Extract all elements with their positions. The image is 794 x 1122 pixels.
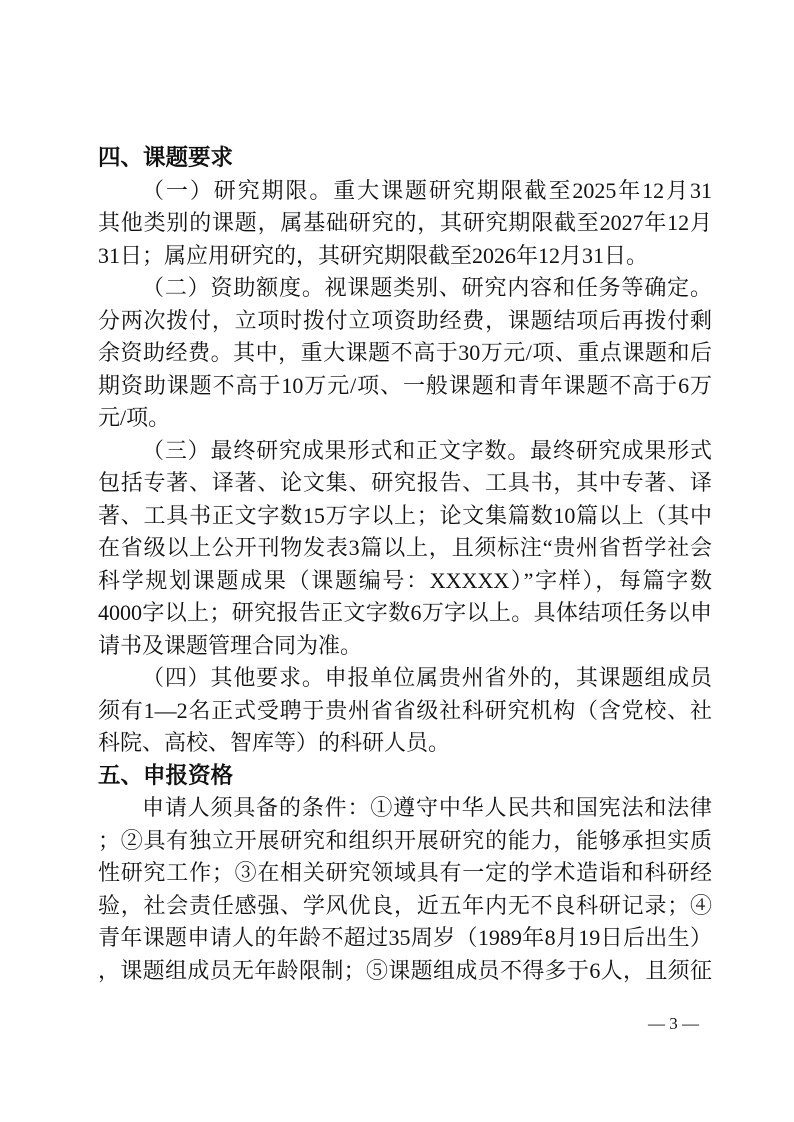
- page-number: — 3 —: [648, 1015, 699, 1033]
- text-line: ；②具有独立开展研究和组织开展研究的能力，能够承担实质: [98, 825, 712, 858]
- text-line: （三）最终研究成果形式和正文字数。最终研究成果形式: [98, 435, 712, 468]
- text-line: 分两次拨付，立项时拨付立项资助经费，课题结项后再拨付剩: [98, 305, 712, 338]
- text-line: 申请人须具备的条件：①遵守中华人民共和国宪法和法律: [98, 792, 712, 825]
- document-body: 四、课题要求（一）研究期限。重大课题研究期限截至2025年12月31日。其他类别…: [98, 142, 712, 987]
- text-line: 验，社会责任感强、学风优良，近五年内无不良科研记录；④: [98, 890, 712, 923]
- text-line: 著、工具书正文字数15万字以上；论文集篇数10篇以上（其中: [98, 500, 712, 533]
- text-line: 期资助课题不高于10万元/项、一般课题和青年课题不高于6万: [98, 370, 712, 403]
- document-page: 四、课题要求（一）研究期限。重大课题研究期限截至2025年12月31日。其他类别…: [0, 0, 794, 1122]
- text-line: （二）资助额度。视课题类别、研究内容和任务等确定。: [98, 272, 712, 305]
- section-heading: 五、申报资格: [98, 760, 712, 793]
- text-line: （四）其他要求。申报单位属贵州省外的，其课题组成员: [98, 662, 712, 695]
- text-line: 余资助经费。其中，重大课题不高于30万元/项、重点课题和后: [98, 337, 712, 370]
- page-number-text: — 3 —: [648, 1014, 699, 1033]
- text-line: 青年课题申请人的年龄不超过35周岁（1989年8月19日后出生）: [98, 922, 712, 955]
- text-line: 包括专著、译著、论文集、研究报告、工具书，其中专著、译: [98, 467, 712, 500]
- text-line: ，课题组成员无年龄限制；⑤课题组成员不得多于6人，且须征: [98, 955, 712, 988]
- text-line: 科学规划课题成果（课题编号：XXXXX）”字样），每篇字数: [98, 565, 712, 598]
- text-line: 4000字以上；研究报告正文字数6万字以上。具体结项任务以申: [98, 597, 712, 630]
- text-line: 性研究工作；③在相关研究领域具有一定的学术造诣和科研经: [98, 857, 712, 890]
- text-line: 其他类别的课题，属基础研究的，其研究期限截至2027年12月: [98, 207, 712, 240]
- text-line: 须有1—2名正式受聘于贵州省省级社科研究机构（含党校、社: [98, 695, 712, 728]
- text-line: 31日；属应用研究的，其研究期限截至2026年12月31日。: [98, 240, 712, 273]
- text-line: 元/项。: [98, 402, 712, 435]
- text-line: 科院、高校、智库等）的科研人员。: [98, 727, 712, 760]
- text-line: 在省级以上公开刊物发表3篇以上，且须标注“贵州省哲学社会: [98, 532, 712, 565]
- section-heading: 四、课题要求: [98, 142, 712, 175]
- text-line: （一）研究期限。重大课题研究期限截至2025年12月31日。: [98, 175, 712, 208]
- text-line: 请书及课题管理合同为准。: [98, 630, 712, 663]
